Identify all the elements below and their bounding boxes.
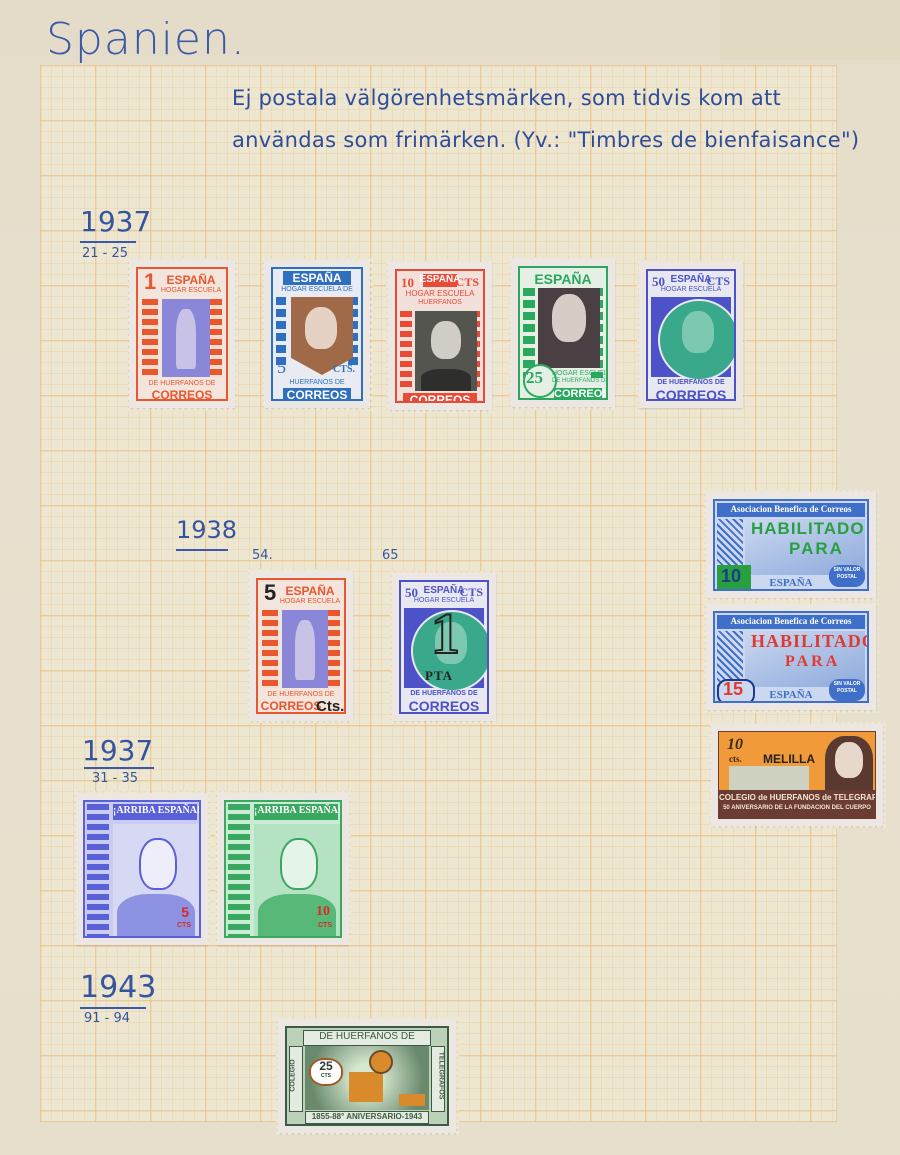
catalog-range: 31 - 35	[92, 771, 138, 786]
surcharge-value: 5	[264, 580, 276, 606]
year-underline	[80, 241, 136, 243]
stamp-habilitado-green: Asociacion Benefica de Correos HABILITAD…	[706, 492, 876, 598]
statue-image	[282, 610, 328, 688]
portrait-image	[825, 736, 873, 792]
statue-image	[162, 299, 210, 377]
catalog-number: 65	[382, 548, 399, 563]
note-line-1: Ej postala välgörenhetsmärken, som tidvi…	[232, 86, 781, 110]
portrait-image	[415, 311, 477, 391]
stamp-1937-4: ESPAÑA 25 HOGAR ESCUELA DE HUERFANOS DE …	[511, 259, 615, 407]
stamp-1937-arriba-10: ¡ARRIBA ESPAÑA! 10 CTS	[217, 793, 349, 945]
year-label-1938: 1938	[176, 516, 237, 544]
year-underline	[176, 549, 228, 551]
page-edge-shadow	[720, 0, 900, 60]
year-underline	[80, 1007, 146, 1009]
catalog-range: 21 - 25	[82, 246, 128, 261]
note-line-2: användas som frimärken. (Yv.: "Timbres d…	[232, 128, 859, 152]
stamp-melilla: 10 cts. MELILLA COLEGIO de HUERFANOS de …	[711, 724, 883, 826]
surcharge-unit: PTA	[425, 668, 453, 684]
surcharge-value: 1	[431, 600, 460, 667]
stamp-1938-1: ESPAÑA HOGAR ESCUELA DE HUERFANOS DE COR…	[249, 571, 353, 721]
stamp-1938-2: 50 CTS ESPAÑA HOGAR ESCUELA 1 PTA DE HUE…	[392, 573, 496, 721]
portrait-image	[254, 824, 340, 938]
stamp-habilitado-red: Asociacion Benefica de Correos HABILITAD…	[706, 604, 876, 710]
stamp-1937-1: 1 ESPAÑA HOGAR ESCUELA DE HUERFANOS DE C…	[129, 260, 235, 408]
stamp-1937-5: 50 CTS ESPAÑA HOGAR ESCUELA DE HUERFANOS…	[639, 262, 743, 408]
stamp-1943: DE HUERFANOS DE COLEGIO TELEGRAFOS 25 CT…	[278, 1019, 456, 1133]
year-underline	[84, 767, 154, 769]
stamp-1937-2: ESPAÑA HOGAR ESCUELA DE 5 CTS. HUERFANOS…	[264, 260, 370, 408]
portrait-image	[113, 824, 199, 938]
year-label-1937-a: 1937	[80, 205, 151, 238]
year-label-1943: 1943	[80, 970, 156, 1005]
surcharge-unit: Cts.	[316, 698, 344, 714]
catalog-range: 91 - 94	[84, 1011, 130, 1026]
catalog-number: 54.	[252, 548, 273, 563]
page-title: Spanien.	[46, 14, 246, 65]
portrait-image	[538, 288, 600, 368]
portrait-image	[658, 299, 736, 381]
year-label-1937-b: 1937	[82, 734, 153, 767]
stamp-1937-3: 10 CTS ESPAÑA HOGAR ESCUELA HUERFANOS CO…	[388, 262, 492, 410]
stamp-1937-arriba-5: ¡ARRIBA ESPAÑA! 5 CTS	[76, 793, 208, 945]
